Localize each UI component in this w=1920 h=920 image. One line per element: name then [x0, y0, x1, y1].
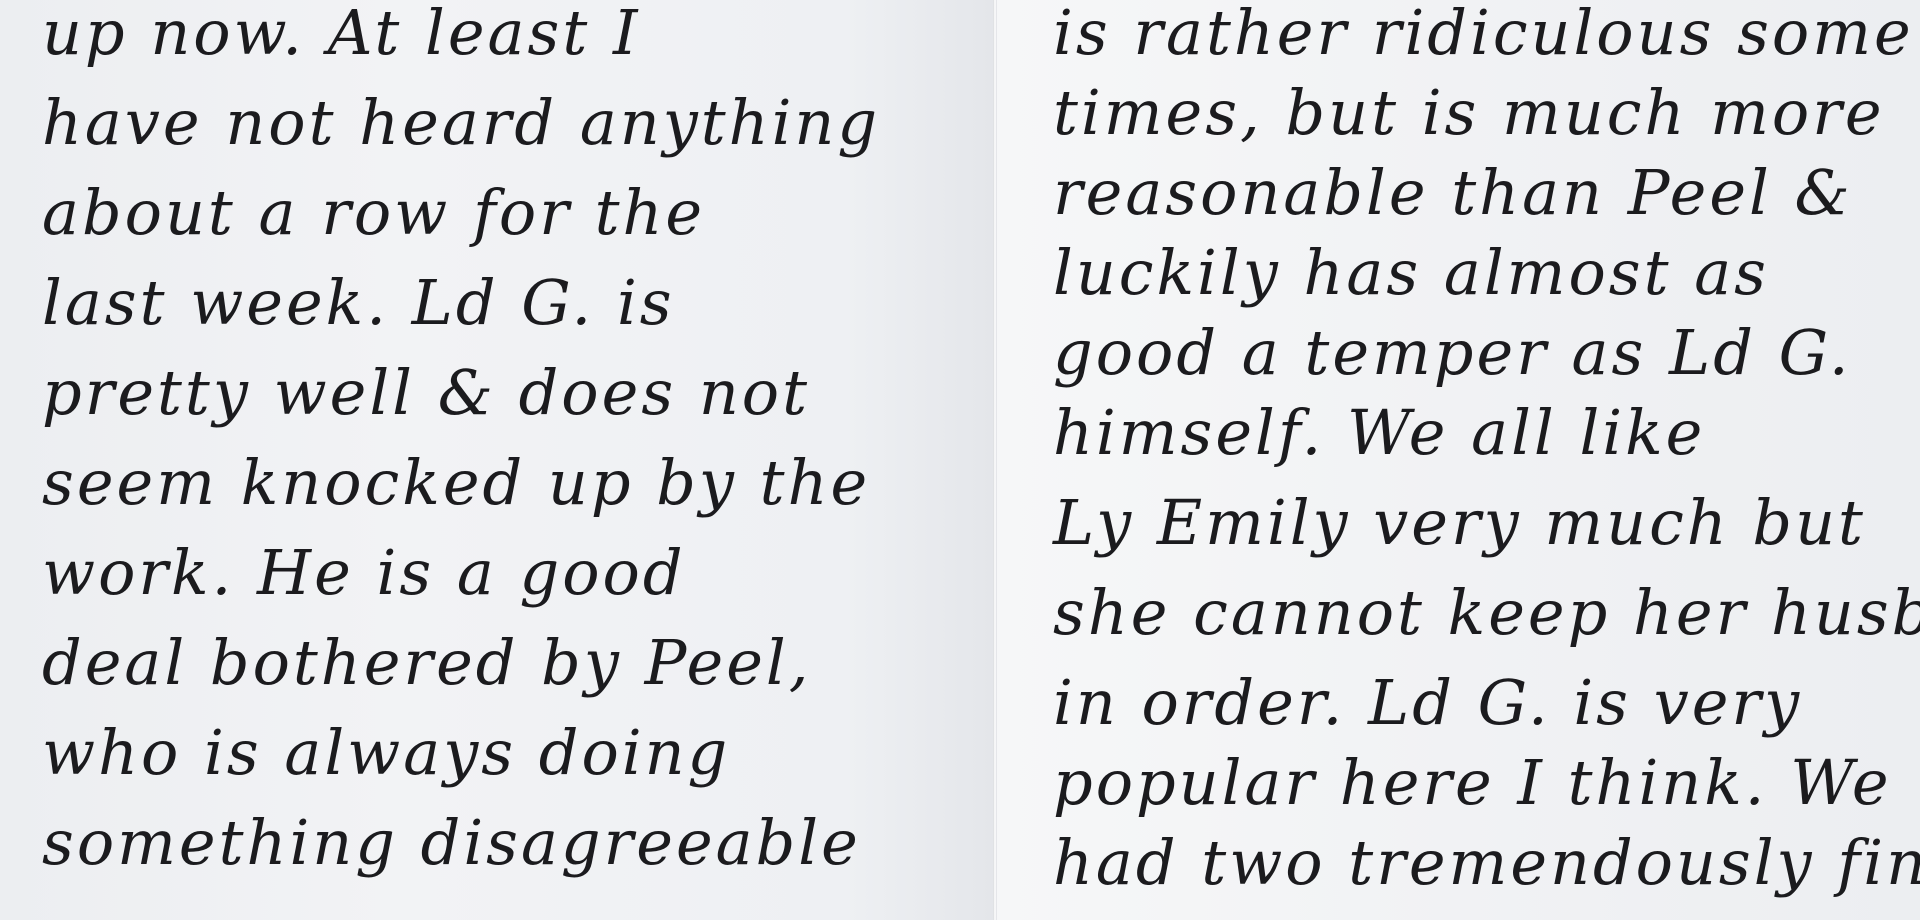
- right-line-7: Ly Emily very much but: [1053, 492, 1866, 554]
- right-line-4: luckily has almost as: [1053, 242, 1769, 304]
- left-line-3: about a row for the: [42, 182, 705, 244]
- left-line-9: who is always doing: [42, 722, 730, 784]
- left-line-2: have not heard anything: [42, 92, 880, 154]
- right-line-5: good a temper as Ld G.: [1053, 322, 1852, 384]
- right-line-8: she cannot keep her husband: [1053, 582, 1920, 644]
- right-line-1: is rather ridiculous some: [1053, 2, 1914, 64]
- right-line-11: had two tremendously fine: [1053, 832, 1920, 894]
- left-line-5: pretty well & does not: [42, 362, 810, 424]
- left-line-1: up now. At least I: [42, 2, 640, 64]
- right-page: is rather ridiculous some times, but is …: [995, 0, 1920, 920]
- left-page: up now. At least I have not heard anythi…: [0, 0, 995, 920]
- right-line-9: in order. Ld G. is very: [1053, 672, 1802, 734]
- right-line-6: himself. We all like: [1053, 402, 1705, 464]
- left-line-4-text: last week. Ld G. is: [42, 266, 675, 339]
- left-line-10: something disagreeable: [42, 812, 861, 874]
- left-line-6: seem knocked up by the: [42, 452, 870, 514]
- left-line-7: work. He is a good: [42, 542, 686, 604]
- page-fold: [993, 0, 997, 920]
- letter-spread: up now. At least I have not heard anythi…: [0, 0, 1920, 920]
- left-line-8: deal bothered by Peel,: [42, 632, 811, 694]
- right-line-10: popular here I think. We: [1053, 752, 1892, 814]
- left-line-4: last week. Ld G. is: [42, 272, 675, 334]
- right-line-2: times, but is much more: [1053, 82, 1885, 144]
- right-line-3: reasonable than Peel &: [1053, 162, 1853, 224]
